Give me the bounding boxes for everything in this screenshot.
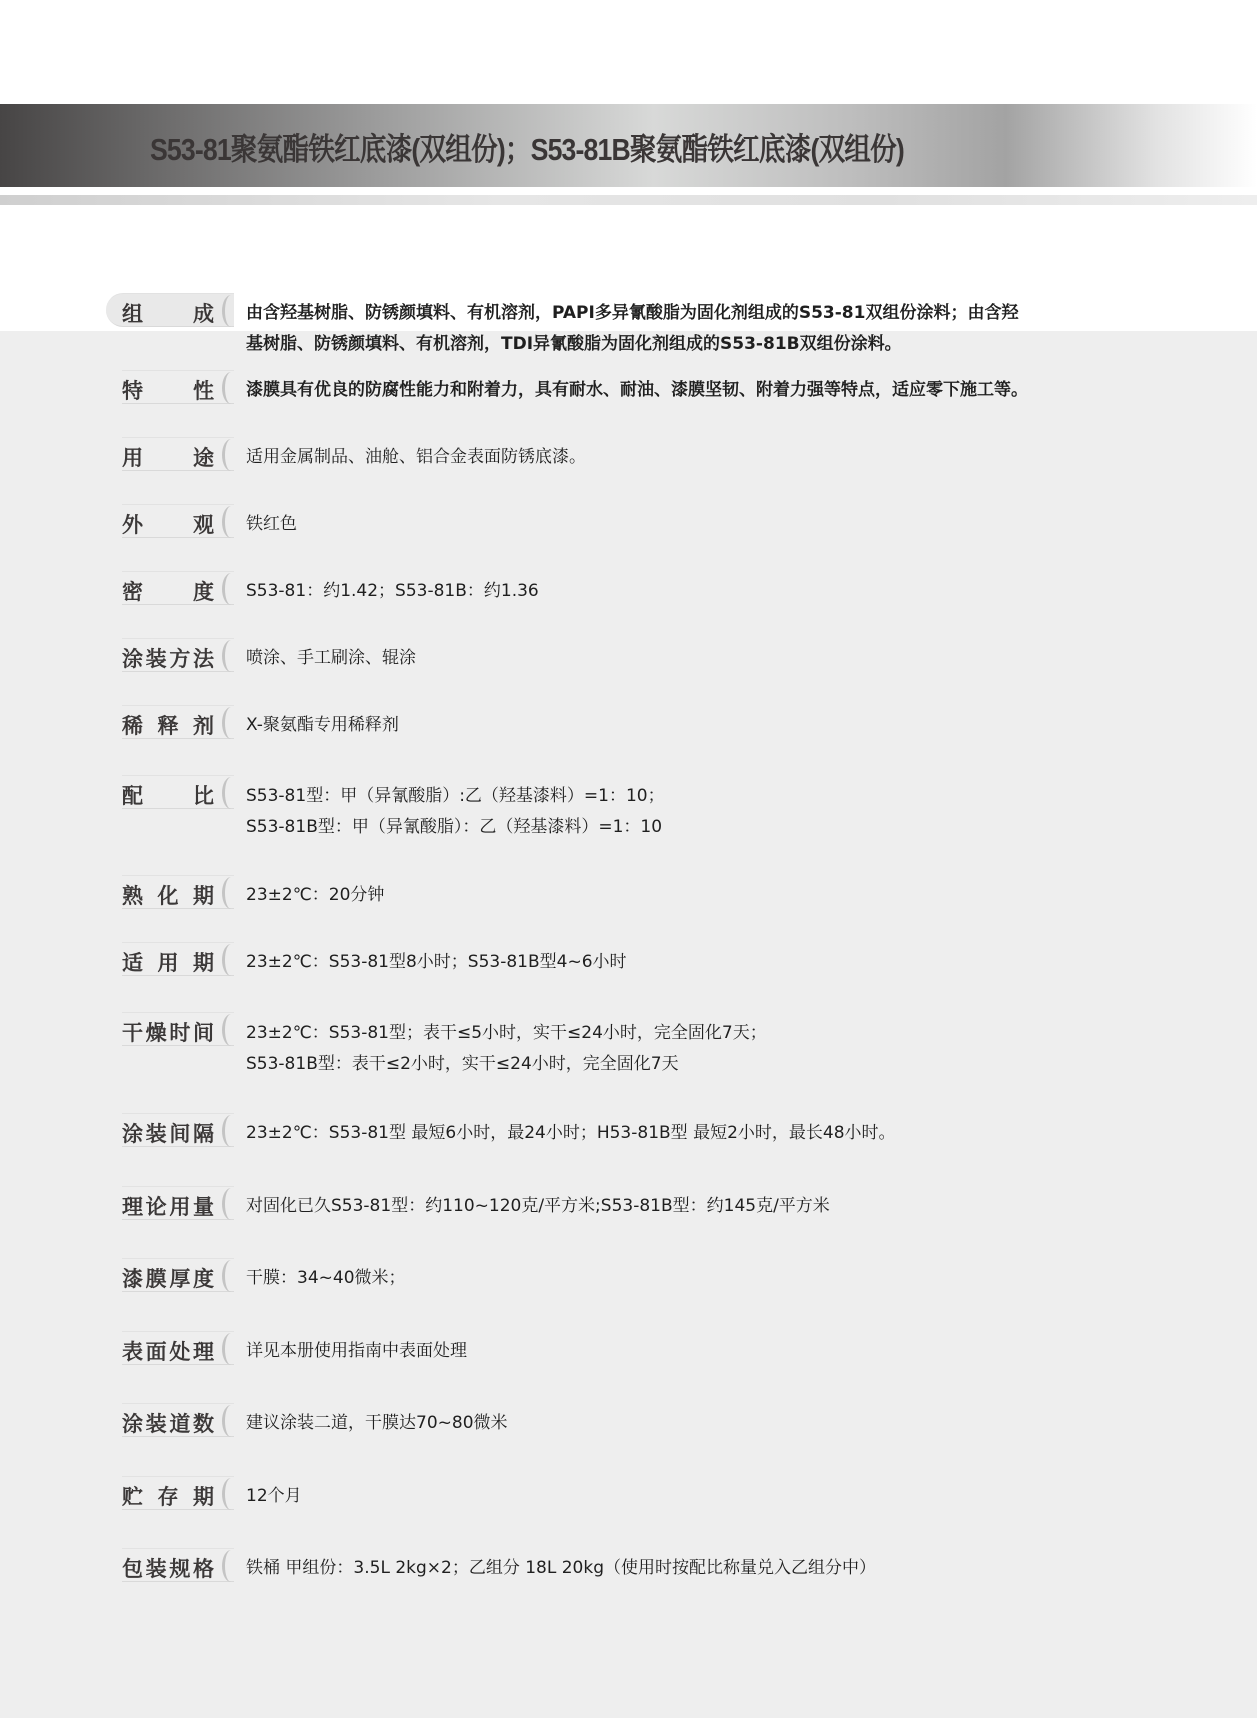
- spec-value: 对固化已久S53-81型：约110~120克/平方米;S53-81B型：约145…: [246, 1191, 830, 1222]
- value-line: 铁桶 甲组份：3.5L 2kg×2；乙组分 18L 20kg（使用时按配比称量兑…: [246, 1553, 876, 1584]
- label-char: 密: [122, 576, 143, 606]
- spec-value: S53-81：约1.42；S53-81B：约1.36: [246, 576, 539, 607]
- spec-value: 适用金属制品、油舱、铝合金表面防锈底漆。: [246, 442, 586, 473]
- spec-label: 特性: [122, 370, 234, 404]
- label-char: 面: [146, 1336, 167, 1366]
- spec-label: 适用期: [122, 942, 234, 976]
- label-char: 途: [193, 442, 214, 472]
- bracket-icon: [222, 1188, 240, 1220]
- bracket-icon: [222, 1478, 240, 1510]
- bracket-icon: [222, 777, 240, 809]
- label-char: 比: [193, 780, 214, 810]
- label-char: 用: [169, 1191, 190, 1221]
- bracket-icon: [222, 1115, 240, 1147]
- value-line: 基树脂、防锈颜填料、有机溶剂，TDI异氰酸脂为固化剂组成的S53-81B双组份涂…: [246, 329, 1018, 360]
- value-line: S53-81B型：表干≤2小时，实干≤24小时，完全固化7天: [246, 1049, 767, 1080]
- label-char: 时: [169, 1017, 190, 1047]
- value-line: 由含羟基树脂、防锈颜填料、有机溶剂，PAPI多异氰酸脂为固化剂组成的S53-81…: [246, 298, 1018, 329]
- bracket-icon: [222, 1405, 240, 1437]
- spec-value: 漆膜具有优良的防腐性能力和附着力，具有耐水、耐油、漆膜坚韧、附着力强等特点，适应…: [246, 375, 1028, 406]
- bracket-icon: [222, 372, 240, 404]
- spec-value: 详见本册使用指南中表面处理: [246, 1336, 467, 1367]
- value-line: 适用金属制品、油舱、铝合金表面防锈底漆。: [246, 442, 586, 473]
- value-line: 12个月: [246, 1481, 302, 1512]
- label-char: 表: [122, 1336, 143, 1366]
- value-line: 建议涂装二道，干膜达70~80微米: [246, 1408, 508, 1439]
- label-char: 观: [193, 509, 214, 539]
- bracket-icon: [222, 1333, 240, 1365]
- label-char: 期: [193, 947, 214, 977]
- value-line: 漆膜具有优良的防腐性能力和附着力，具有耐水、耐油、漆膜坚韧、附着力强等特点，适应…: [246, 375, 1028, 406]
- spec-value: 23±2℃：S53-81型8小时；S53-81B型4~6小时: [246, 947, 627, 978]
- spec-label: 外观: [122, 504, 234, 538]
- spec-value: 由含羟基树脂、防锈颜填料、有机溶剂，PAPI多异氰酸脂为固化剂组成的S53-81…: [246, 298, 1018, 360]
- label-char: 理: [193, 1336, 214, 1366]
- value-line: X-聚氨酯专用稀释剂: [246, 710, 399, 741]
- label-char: 装: [146, 1118, 167, 1148]
- label-char: 装: [146, 1553, 167, 1583]
- value-line: 23±2℃：S53-81型；表干≤5小时，实干≤24小时，完全固化7天；: [246, 1018, 767, 1049]
- spec-value: 喷涂、手工刷涂、辊涂: [246, 643, 416, 674]
- spec-value: 铁桶 甲组份：3.5L 2kg×2；乙组分 18L 20kg（使用时按配比称量兑…: [246, 1553, 876, 1584]
- value-line: 23±2℃：S53-81型 最短6小时，最24小时；H53-81B型 最短2小时…: [246, 1118, 896, 1149]
- label-char: 化: [158, 880, 179, 910]
- spec-label: 稀释剂: [122, 705, 234, 739]
- bracket-icon: [222, 295, 240, 327]
- label-char: 法: [193, 643, 214, 673]
- label-char: 用: [158, 947, 179, 977]
- label-char: 期: [193, 880, 214, 910]
- spec-label: 涂装道数: [122, 1403, 234, 1437]
- label-char: 格: [193, 1553, 214, 1583]
- spec-label: 涂装方法: [122, 638, 234, 672]
- label-char: 期: [193, 1481, 214, 1511]
- label-char: 涂: [122, 1408, 143, 1438]
- spec-value: 铁红色: [246, 509, 297, 540]
- label-char: 稀: [122, 710, 143, 740]
- spec-value: S53-81型：甲（异氰酸脂）:乙（羟基漆料）=1：10； S53-81B型：甲…: [246, 781, 665, 843]
- spec-label: 包装规格: [122, 1548, 234, 1582]
- label-char: 度: [193, 576, 214, 606]
- spec-label: 理论用量: [122, 1186, 234, 1220]
- bracket-icon: [222, 707, 240, 739]
- label-char: 释: [158, 710, 179, 740]
- label-char: 性: [193, 375, 214, 405]
- label-char: 膜: [146, 1263, 167, 1293]
- label-char: 涂: [122, 643, 143, 673]
- spec-label: 密度: [122, 571, 234, 605]
- bracket-icon: [222, 944, 240, 976]
- spec-value: X-聚氨酯专用稀释剂: [246, 710, 399, 741]
- label-char: 间: [169, 1118, 190, 1148]
- value-line: 铁红色: [246, 509, 297, 540]
- label-char: 论: [146, 1191, 167, 1221]
- label-char: 剂: [193, 710, 214, 740]
- value-line: 喷涂、手工刷涂、辊涂: [246, 643, 416, 674]
- spec-label: 配比: [122, 775, 234, 809]
- label-char: 度: [193, 1263, 214, 1293]
- bracket-icon: [222, 1260, 240, 1292]
- spec-label: 贮存期: [122, 1476, 234, 1510]
- value-line: S53-81B型：甲（异氰酸脂）：乙（羟基漆料）=1：10: [246, 812, 665, 843]
- label-char: 用: [122, 442, 143, 472]
- value-line: 对固化已久S53-81型：约110~120克/平方米;S53-81B型：约145…: [246, 1191, 830, 1222]
- spec-label: 干燥时间: [122, 1012, 234, 1046]
- label-char: 道: [169, 1408, 190, 1438]
- label-char: 厚: [169, 1263, 190, 1293]
- label-char: 外: [122, 509, 143, 539]
- label-char: 存: [158, 1481, 179, 1511]
- spec-value: 干膜：34~40微米；: [246, 1263, 406, 1294]
- value-line: 干膜：34~40微米；: [246, 1263, 406, 1294]
- spec-label: 表面处理: [122, 1331, 234, 1365]
- label-char: 熟: [122, 880, 143, 910]
- value-line: S53-81：约1.42；S53-81B：约1.36: [246, 576, 539, 607]
- label-char: 适: [122, 947, 143, 977]
- bracket-icon: [222, 1550, 240, 1582]
- spec-value: 12个月: [246, 1481, 302, 1512]
- bracket-icon: [222, 640, 240, 672]
- label-char: 组: [122, 298, 143, 328]
- bracket-icon: [222, 506, 240, 538]
- spec-value: 23±2℃：S53-81型 最短6小时，最24小时；H53-81B型 最短2小时…: [246, 1118, 896, 1149]
- label-char: 成: [193, 298, 214, 328]
- label-char: 漆: [122, 1263, 143, 1293]
- spec-label: 用途: [122, 437, 234, 471]
- label-char: 隔: [193, 1118, 214, 1148]
- label-char: 间: [193, 1017, 214, 1047]
- label-char: 规: [169, 1553, 190, 1583]
- label-char: 包: [122, 1553, 143, 1583]
- value-line: 详见本册使用指南中表面处理: [246, 1336, 467, 1367]
- spec-value: 23±2℃：20分钟: [246, 880, 384, 911]
- label-char: 数: [193, 1408, 214, 1438]
- spec-value: 23±2℃：S53-81型；表干≤5小时，实干≤24小时，完全固化7天； S53…: [246, 1018, 767, 1080]
- bracket-icon: [222, 1014, 240, 1046]
- spec-label: 漆膜厚度: [122, 1258, 234, 1292]
- label-char: 干: [122, 1017, 143, 1047]
- title-underline-strip: [0, 195, 1257, 205]
- spec-label: 熟化期: [122, 875, 234, 909]
- page-title: S53-81聚氨酯铁红底漆(双组份)；S53-81B聚氨酯铁红底漆(双组份): [150, 124, 904, 169]
- spec-label: 组成: [106, 293, 234, 327]
- label-char: 理: [122, 1191, 143, 1221]
- value-line: 23±2℃：20分钟: [246, 880, 384, 911]
- label-char: 配: [122, 780, 143, 810]
- label-char: 处: [169, 1336, 190, 1366]
- bracket-icon: [222, 439, 240, 471]
- label-char: 量: [193, 1191, 214, 1221]
- value-line: S53-81型：甲（异氰酸脂）:乙（羟基漆料）=1：10；: [246, 781, 665, 812]
- spec-value: 建议涂装二道，干膜达70~80微米: [246, 1408, 508, 1439]
- label-char: 涂: [122, 1118, 143, 1148]
- bracket-icon: [222, 877, 240, 909]
- label-char: 贮: [122, 1481, 143, 1511]
- label-char: 装: [146, 1408, 167, 1438]
- spec-label: 涂装间隔: [122, 1113, 234, 1147]
- label-char: 燥: [146, 1017, 167, 1047]
- value-line: 23±2℃：S53-81型8小时；S53-81B型4~6小时: [246, 947, 627, 978]
- label-char: 特: [122, 375, 143, 405]
- label-char: 装: [146, 643, 167, 673]
- label-char: 方: [169, 643, 190, 673]
- bracket-icon: [222, 573, 240, 605]
